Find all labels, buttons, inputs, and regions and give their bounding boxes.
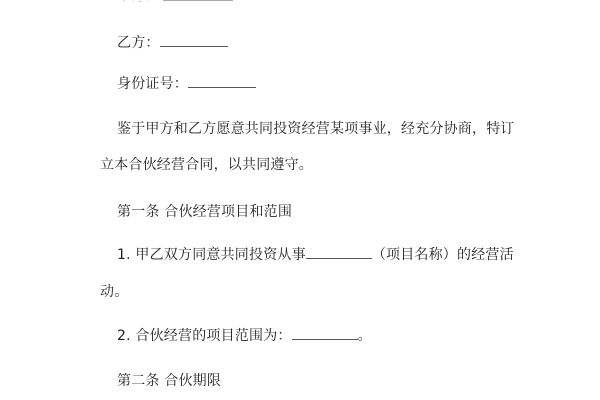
id-number-blank[interactable]	[188, 75, 256, 88]
clause-1-wrap: 动。	[100, 283, 128, 301]
project-name-blank[interactable]	[306, 246, 372, 259]
party-b-label: 乙方：	[117, 35, 160, 51]
clause-2-suffix: 。	[358, 328, 372, 344]
party-a-fragment: 甲方：	[117, 0, 233, 6]
article-2-title: 第二条 合伙期限	[117, 372, 221, 390]
party-b-blank[interactable]	[160, 34, 228, 47]
preamble-line-1: 鉴于甲方和乙方愿意共同投资经营某项事业，经充分协商，特订	[117, 120, 515, 138]
id-number-label: 身份证号：	[117, 76, 188, 92]
clause-2-prefix: 2. 合伙经营的项目范围为：	[117, 328, 292, 344]
id-number-line: 身份证号：	[117, 75, 256, 93]
preamble-line-2: 立本合伙经营合同，以共同遵守。	[100, 156, 313, 174]
party-a-blank[interactable]	[163, 0, 233, 1]
article-1-title: 第一条 合伙经营项目和范围	[117, 203, 292, 221]
clause-1-suffix: （项目名称）的经营活	[372, 247, 514, 263]
clause-2-line: 2. 合伙经营的项目范围为：。	[117, 327, 372, 345]
party-b-line: 乙方：	[117, 34, 228, 52]
clause-1-prefix: 1. 甲乙双方同意共同投资从事	[117, 247, 306, 263]
clause-1-line: 1. 甲乙双方同意共同投资从事（项目名称）的经营活	[117, 246, 514, 264]
project-scope-blank[interactable]	[292, 327, 358, 340]
party-a-label: 甲方：	[117, 0, 159, 5]
